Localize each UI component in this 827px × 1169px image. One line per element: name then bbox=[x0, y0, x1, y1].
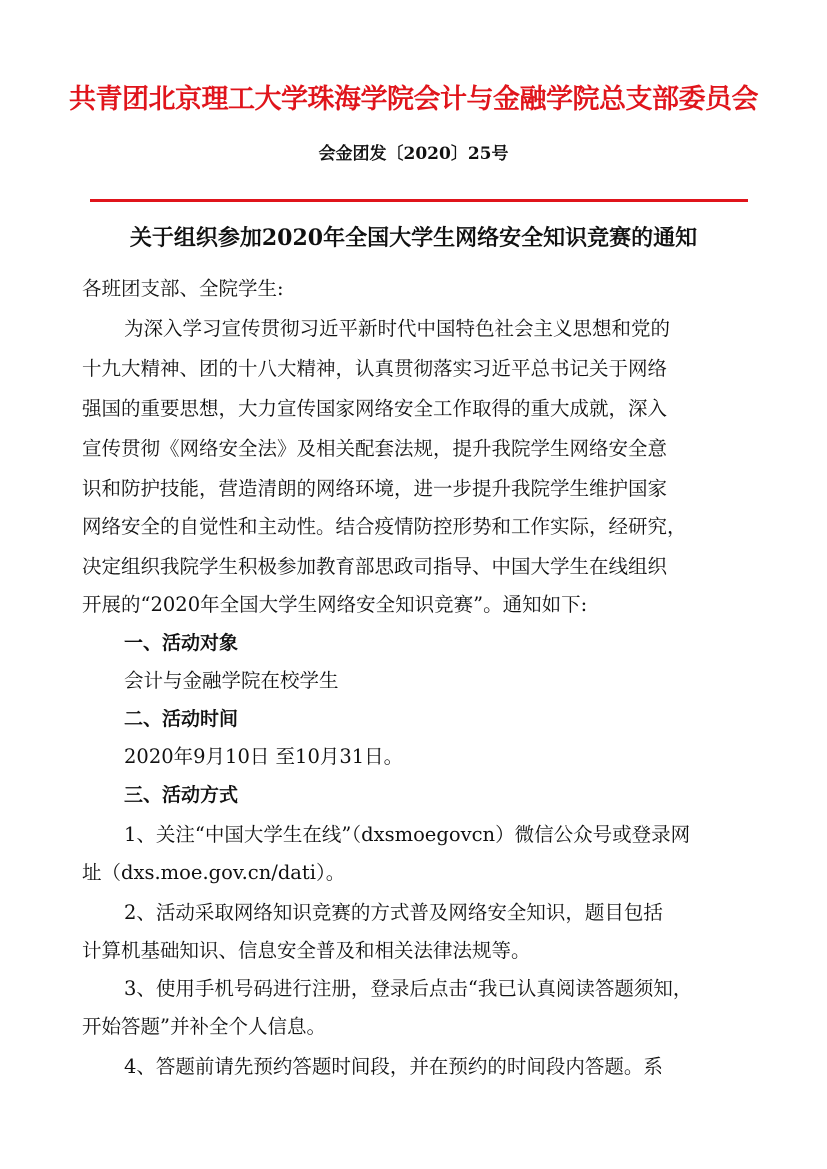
intro-line: 十九大精神、团的十八大精神，认真贯彻落实习近平总书记关于网络 bbox=[82, 356, 667, 382]
intro-line: 网络安全的自觉性和主动性。结合疫情防控形势和工作实际，经研究， bbox=[82, 514, 687, 540]
organization-title: 共青团北京理工大学珠海学院会计与金融学院总支部委员会 bbox=[0, 82, 827, 118]
notice-title: 关于组织参加2020年全国大学生网络安全知识竞赛的通知 bbox=[0, 222, 827, 254]
section-line: 会计与金融学院在校学生 bbox=[124, 668, 339, 694]
intro-line: 识和防护技能，营造清朗的网络环境，进一步提升我院学生维护国家 bbox=[82, 476, 667, 502]
section-heading-method: 三、活动方式 bbox=[124, 782, 238, 808]
section-line: 3、使用手机号码进行注册，登录后点击“我已认真阅读答题须知， bbox=[124, 976, 692, 1002]
section-heading-time: 二、活动时间 bbox=[124, 706, 238, 732]
section-heading-target: 一、活动对象 bbox=[124, 630, 238, 656]
document-number: 会金团发〔2020〕25号 bbox=[0, 142, 827, 166]
section-line: 1、关注“中国大学生在线”（dxsmoegovcn）微信公众号或登录网 bbox=[124, 822, 690, 848]
section-line: 计算机基础知识、信息安全普及和相关法律法规等。 bbox=[82, 938, 531, 964]
section-line: 4、答题前请先预约答题时间段，并在预约的时间段内答题。系 bbox=[124, 1054, 663, 1080]
red-header-rule bbox=[90, 199, 748, 202]
intro-line: 为深入学习宣传贯彻习近平新时代中国特色社会主义思想和党的 bbox=[124, 316, 670, 342]
document-page: 共青团北京理工大学珠海学院会计与金融学院总支部委员会 会金团发〔2020〕25号… bbox=[0, 0, 827, 1169]
intro-line: 开展的“2020年全国大学生网络安全知识竞赛”。通知如下: bbox=[82, 592, 587, 618]
section-line: 开始答题”并补全个人信息。 bbox=[82, 1014, 326, 1040]
section-line: 2020年9月10日 至10月31日。 bbox=[124, 744, 403, 770]
intro-line: 宣传贯彻《网络安全法》及相关配套法规，提升我院学生网络安全意 bbox=[82, 436, 667, 462]
intro-line: 决定组织我院学生积极参加教育部思政司指导、中国大学生在线组织 bbox=[82, 554, 667, 580]
intro-line: 强国的重要思想，大力宣传国家网络安全工作取得的重大成就，深入 bbox=[82, 396, 667, 422]
salutation: 各班团支部、全院学生: bbox=[82, 276, 284, 302]
section-line: 址（dxs.moe.gov.cn/dati）。 bbox=[82, 860, 345, 886]
section-line: 2、活动采取网络知识竞赛的方式普及网络安全知识，题目包括 bbox=[124, 900, 663, 926]
